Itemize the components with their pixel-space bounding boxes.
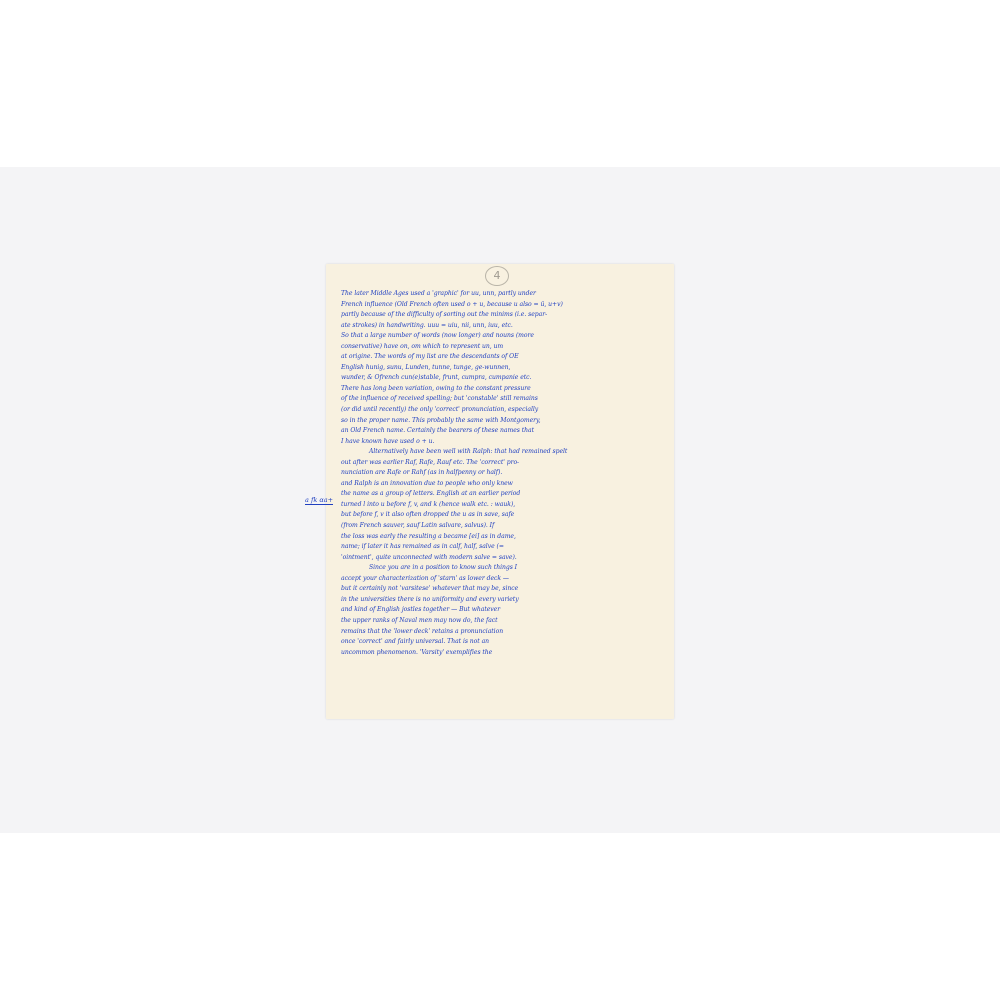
text-line: English hunig, sunu, Lunden, tunne, tung… [341, 363, 663, 374]
text-line: and kind of English jostles together — B… [341, 605, 663, 616]
page-number: 4 [485, 266, 509, 286]
text-line: The later Middle Ages used a 'graphic' f… [341, 289, 663, 300]
text-line: (from French sauver, sauf Latin salvare,… [341, 521, 663, 532]
text-line: So that a large number of words (now lon… [341, 331, 663, 342]
text-line: remains that the 'lower deck' retains a … [341, 627, 663, 638]
text-line: of the influence of received spelling; b… [341, 394, 663, 405]
text-line: an Old French name. Certainly the bearer… [341, 426, 663, 437]
text-line: in the universities there is no uniformi… [341, 595, 663, 606]
handwritten-letter-page: 4 The later Middle Ages used a 'graphic'… [326, 264, 674, 719]
text-line: conservative) have on, om which to repre… [341, 342, 663, 353]
margin-annotation: a fk ɑa+ [305, 496, 333, 505]
text-line: There has long been variation, owing to … [341, 384, 663, 395]
text-line: accept your characterization of 'starn' … [341, 574, 663, 585]
paragraph-start-line: Since you are in a position to know such… [341, 563, 663, 574]
text-line: the upper ranks of Naval men may now do,… [341, 616, 663, 627]
text-line: out after was earlier Raf, Rafe, Rauf et… [341, 458, 663, 469]
text-line: nunciation are Rafe or Rahf (as in halfp… [341, 468, 663, 479]
text-line: the name as a group of letters. English … [341, 489, 663, 500]
text-line: at origine. The words of my list are the… [341, 352, 663, 363]
text-line: so in the proper name. This probably the… [341, 416, 663, 427]
text-line: but before f, v it also often dropped th… [341, 510, 663, 521]
text-line: and Ralph is an innovation due to people… [341, 479, 663, 490]
text-line: uncommon phenomenon. 'Varsity' exemplifi… [341, 648, 663, 659]
text-line: turned l into u before f, v, and k (henc… [341, 500, 663, 511]
text-line: French influence (Old French often used … [341, 300, 663, 311]
text-line: name; if later it has remained as in cal… [341, 542, 663, 553]
text-line: but it certainly not 'varsitese' whateve… [341, 584, 663, 595]
text-line: 'ointment', quite unconnected with moder… [341, 553, 663, 564]
paragraph-start-line: Alternatively have been well with Ralph:… [341, 447, 663, 458]
text-line: once 'correct' and fairly universal. Tha… [341, 637, 663, 648]
text-line: I have known have used o + u. [341, 437, 663, 448]
handwritten-text-body: The later Middle Ages used a 'graphic' f… [341, 289, 663, 658]
text-line: (or did until recently) the only 'correc… [341, 405, 663, 416]
text-line: wunder, & Ofrench cun(e)stable, frunt, c… [341, 373, 663, 384]
text-line: partly because of the difficulty of sort… [341, 310, 663, 321]
text-line: ate strokes) in handwriting. uuu = uiu, … [341, 321, 663, 332]
text-line: the loss was early the resulting a becam… [341, 532, 663, 543]
